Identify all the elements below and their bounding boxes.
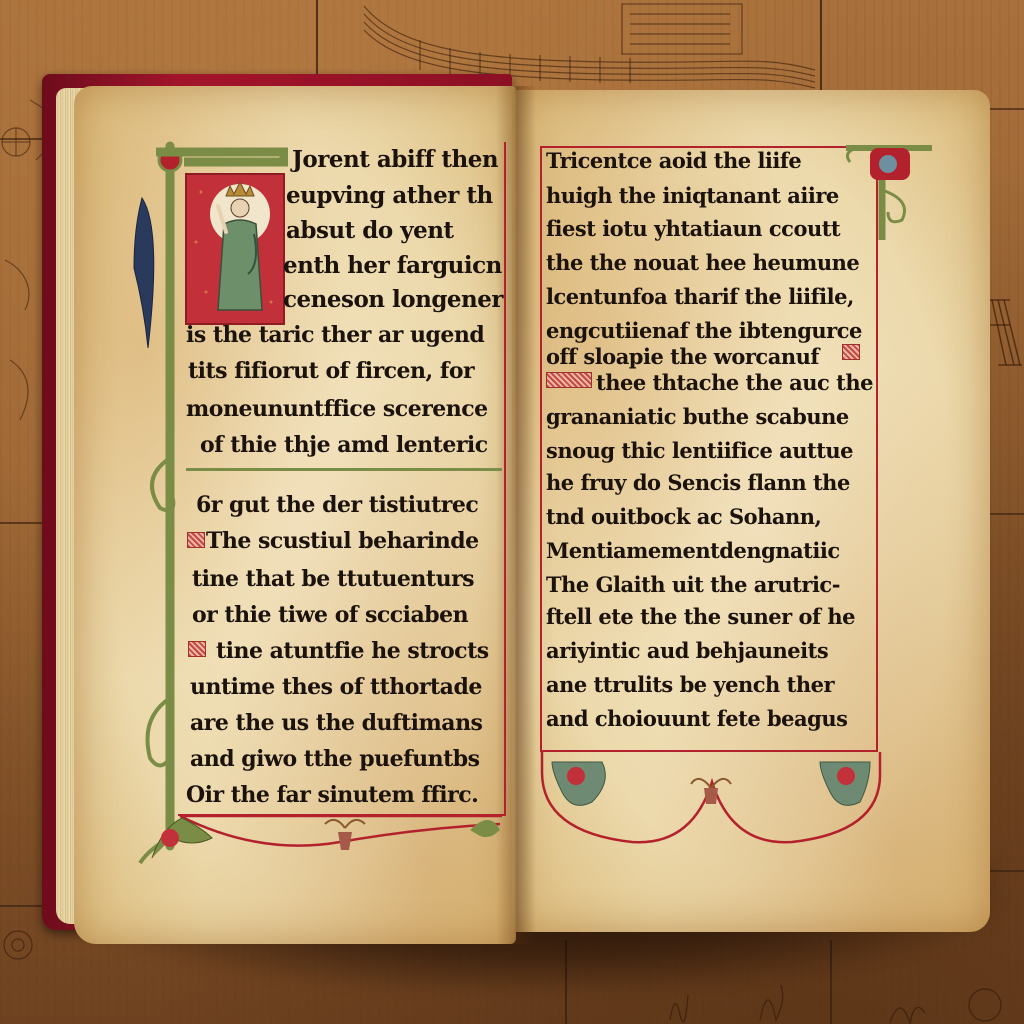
text-line: and choiouunt fete beagus [546, 706, 847, 731]
text-line: untime thes of tthortade [190, 674, 482, 700]
plank-seam [0, 522, 44, 524]
text-line: grananiatic buthe scabune [546, 404, 849, 429]
text-line: eupving ather th [286, 182, 493, 209]
text-line: of thie thje amd lenteric [200, 432, 488, 458]
text-line: or thie tiwe of scciaben [192, 602, 468, 628]
text-line: thee thtache the auc the [596, 370, 873, 395]
floral-ornament-right [540, 752, 882, 862]
text-line: ceneson longener [283, 286, 503, 313]
floral-ornament-left [140, 808, 510, 868]
text-line: lcentunfoa tharif the liifile, [546, 284, 854, 309]
text-line: snoug thic lentiifice auttue [546, 438, 853, 463]
text-line: ftell ete the the suner of he [546, 604, 855, 629]
gear-sketch [0, 915, 60, 1024]
text-line: Mentiamementdengnatiic [546, 538, 840, 563]
plank-seam [820, 0, 822, 90]
harp-sketch [988, 290, 1024, 410]
zigzag-divider [186, 468, 502, 484]
text-line: moneununtffice scerence [186, 396, 488, 422]
text-line: fiest iotu yhtatiaun ccoutt [546, 216, 840, 241]
plank-seam [990, 108, 1024, 110]
text-line: off sloapie the worcanuf [546, 344, 819, 369]
text-line: ariyintic aud behjauneits [546, 638, 828, 663]
text-line: he fruy do Sencis flann the [546, 470, 850, 495]
text-line: and giwo tthe puefuntbs [190, 746, 480, 772]
text-line: The scustiul beharinde [206, 528, 479, 554]
text-line: Jorent abiff then [292, 146, 498, 173]
text-line: huigh the iniqtanant aiire [546, 183, 839, 208]
rubric-marker [842, 344, 860, 360]
plank-seam [990, 513, 1024, 515]
rubric-marker [546, 372, 592, 388]
text-line: ane ttrulits be yench ther [546, 672, 834, 697]
text-line: enth her farguicn [283, 252, 502, 279]
text-line: engcutiienaf the ibtengurce [546, 318, 862, 343]
rubric-marker [187, 532, 205, 548]
illuminated-initial-right [842, 140, 936, 250]
text-line: Oir the far sinutem ffirc. [186, 782, 478, 808]
text-line: tnd ouitbock ac Sohann, [546, 504, 821, 529]
illuminated-initial-left [146, 142, 288, 332]
text-line: The Glaith uit the arutric- [546, 572, 840, 597]
rubric-marker [188, 641, 206, 657]
text-line: 6r gut the der tistiutrec [196, 492, 478, 518]
plank-seam [0, 905, 44, 907]
text-line: Tricentce aoid the liife [546, 148, 801, 173]
text-line: the the nouat hee heumune [546, 250, 859, 275]
text-line: tine that be ttutuenturs [192, 566, 474, 592]
text-line: tine atuntfie he strocts [216, 638, 489, 664]
text-line: is the taric ther ar ugend [186, 322, 484, 348]
text-line: are the us the duftimans [190, 710, 482, 736]
text-line: absut do yent [286, 217, 454, 244]
text-line: tits fifiorut of fircen, for [188, 358, 474, 384]
